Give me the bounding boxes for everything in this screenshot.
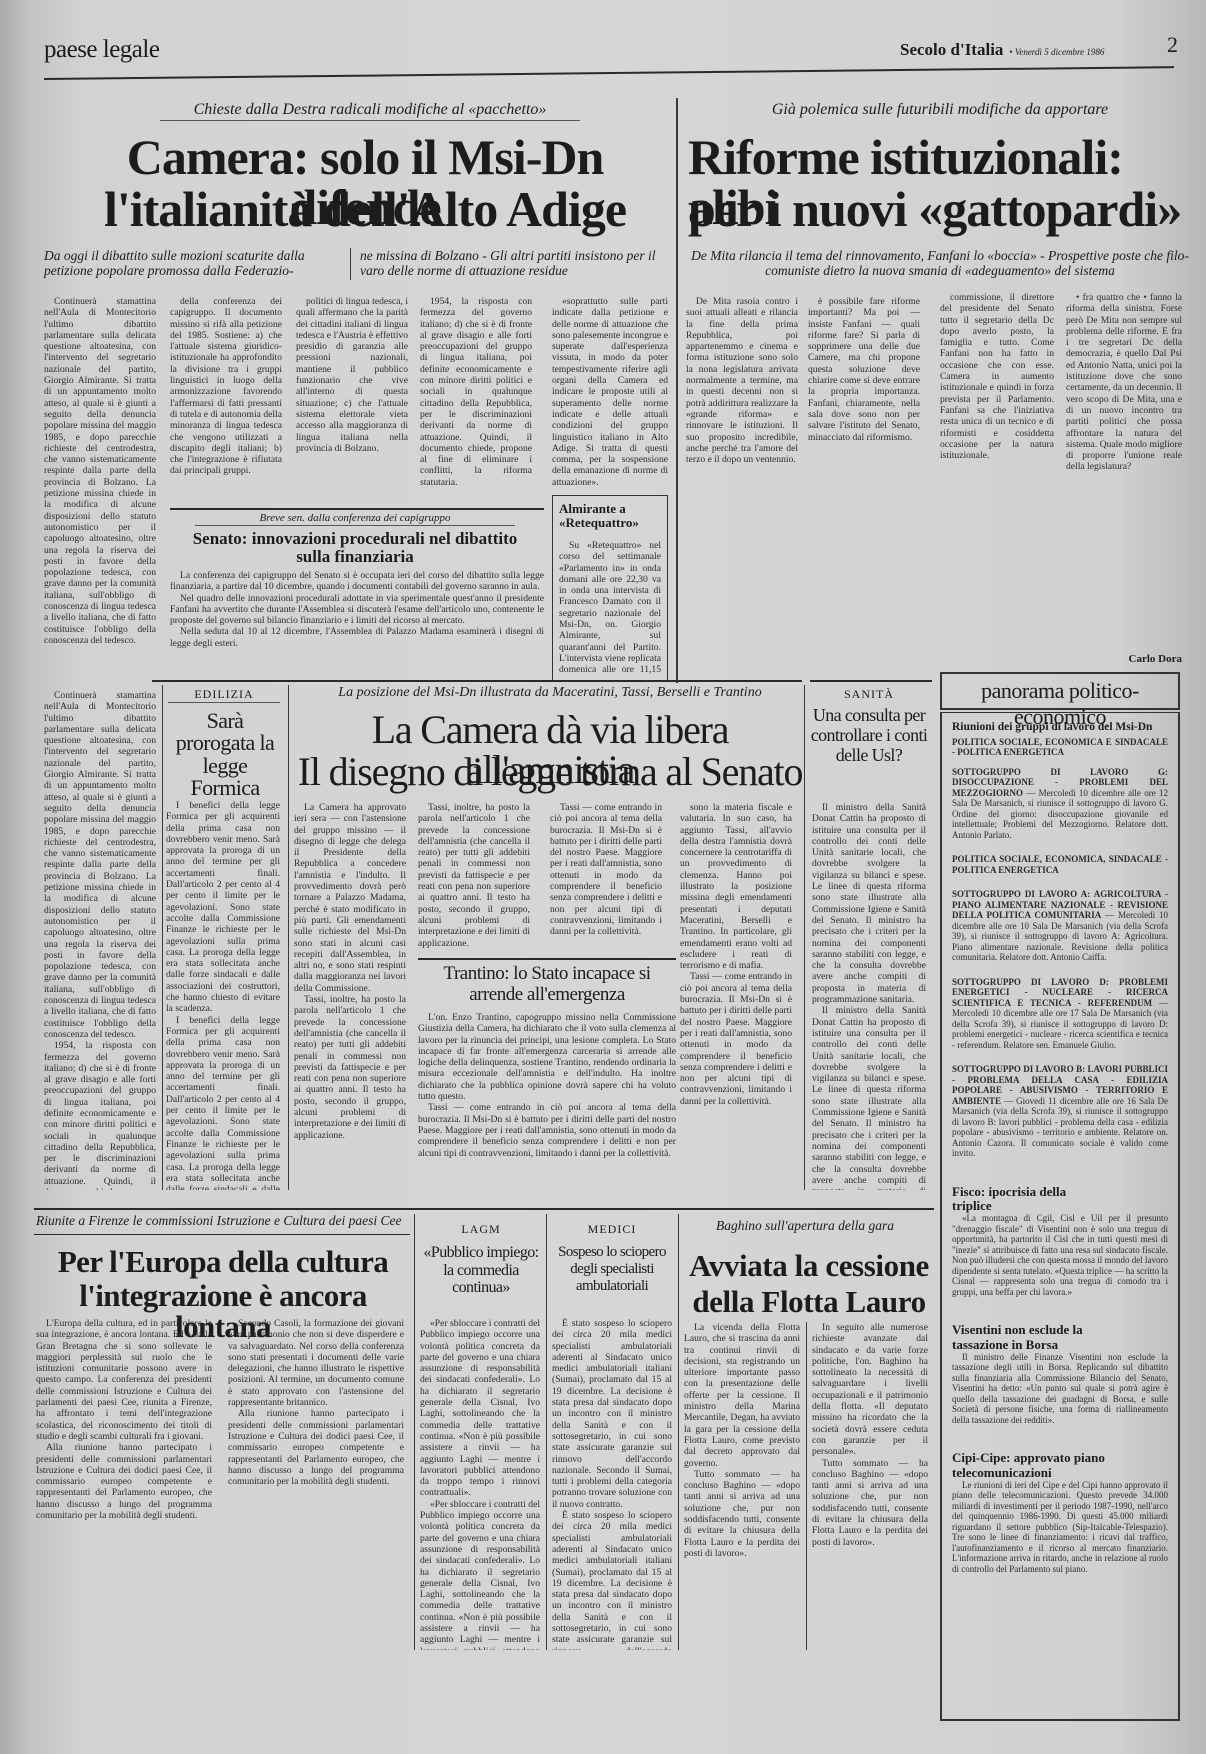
bottom-band-rule [34, 1208, 934, 1210]
riforme-byline: Carlo Dora [1100, 653, 1182, 665]
cipi-body: Le riunioni di ieri del Cipe e del Cipi … [952, 1480, 1168, 1575]
amnistia-col-4: sono la materia fiscale e valutaria. In … [680, 802, 792, 1190]
europa-col-2: Secondo Casoli, la formazione dei giovan… [228, 1318, 404, 1650]
paragraph: è possibile fare riforme importanti? Ma … [808, 296, 920, 443]
amnistia-col-2: Tassi, inoltre, ha posto la parola nell'… [418, 802, 530, 954]
alto-adige-headline-2: l'italianità dell'Alto Adige [50, 184, 680, 234]
paragraph: In seguito alle numerose richieste avanz… [812, 1322, 928, 1458]
panorama-box: Riunioni dei gruppi di lavoro del Msi-Dn… [940, 712, 1180, 1721]
sanita-body: Il ministro della Sanità Donat Cattin ha… [812, 802, 926, 1190]
almirante-box: Almirante a «Retequattro» Su «Retequattr… [552, 495, 668, 681]
paragraph: I benefici della legge Formica per gli a… [166, 1015, 280, 1190]
edilizia-headline: Sarà prorogata la legge Formica [166, 710, 284, 800]
panorama-item: SOTTOGRUPPO DI LAVORO A: AGRICOLTURA - P… [952, 889, 1168, 963]
middle-band-rule [152, 680, 802, 682]
alto-adige-deck-right: ne missina di Bolzano - Gli altri partit… [360, 248, 666, 278]
paragraph: «Per sbloccare i contratti del Pubblico … [420, 1499, 540, 1650]
paragraph: Continuerà stamattina nell'Aula di Monte… [44, 296, 156, 646]
paragraph: Nel quadro delle innovazioni procedurali… [170, 593, 544, 627]
paragraph: commissione, il direttore del presidente… [940, 292, 1054, 461]
fisco-body: «La montagna di Cgil, Cisl e Uil per il … [952, 1213, 1168, 1297]
paragraph: Secondo Casoli, la formazione dei giovan… [228, 1318, 404, 1408]
column-divider [676, 98, 678, 683]
lauro-headline-2: della Flotta Lauro [684, 1286, 934, 1317]
paragraph: Tassi — come entrando in ciò poi ancora … [418, 1102, 676, 1158]
alto-adige-col-3: politici di lingua tedesca, i quali affe… [296, 296, 408, 504]
paper-date: • Venerdì 5 dicembre 1986 [1009, 47, 1104, 57]
lauro-headline-1: Avviata la cessione [684, 1250, 934, 1281]
medici-body: È stato sospeso lo sciopero dei circa 20… [552, 1318, 672, 1650]
lagm-label: LAGM [418, 1222, 544, 1237]
paragraph: La Camera ha approvato ieri sera — con l… [294, 802, 406, 994]
lauro-inner-rule [806, 1322, 807, 1650]
panorama-content: Riunioni dei gruppi di lavoro del Msi-Dn… [942, 713, 1178, 1574]
paragraph: Il ministro della Sanità Donat Cattin ha… [812, 1005, 926, 1190]
sanita-left-rule [804, 685, 805, 1190]
edilizia-left-rule [162, 685, 163, 1190]
lauro-col-1: La vicenda della Flotta Lauro, che si tr… [684, 1322, 800, 1650]
paragraph: De Mita rasoia contro i suoi attuali all… [686, 296, 798, 465]
paragraph: Continuerà stamattina nell'Aula di Monte… [44, 690, 156, 1040]
almirante-box-body: Su «Retequattro» nel corso del settimana… [559, 540, 661, 674]
paragraph: Tutto sommato — ha concluso Baghino — «d… [684, 1469, 800, 1559]
riforme-col-2: è possibile fare riforme importanti? Ma … [808, 296, 920, 668]
senato-body: La conferenza dei capigruppo del Senato … [170, 570, 544, 680]
lauro-kicker: Baghino sull'apertura della gara [690, 1218, 920, 1235]
edilizia-right-rule [288, 685, 289, 1190]
riforme-col-1: De Mita rasoia contro i suoi attuali all… [686, 296, 798, 668]
trantino-top-rule [418, 958, 676, 960]
panorama-title-box: panorama politico-economico [940, 672, 1180, 710]
panorama-item: SOTTOGRUPPO DI LAVORO G: DISOCCUPAZIONE … [952, 767, 1168, 841]
almirante-box-title: Almirante a «Retequattro» [559, 502, 661, 531]
lagm-headline: «Pubblico impiego: la commedia continua» [418, 1244, 544, 1297]
item-head: POLITICA SOCIALE, ECONOMICA E SINDACALE … [952, 737, 1168, 758]
paragraph: Tassi — come entrando in ciò poi ancora … [680, 971, 792, 1107]
panorama-item: POLITICA SOCIALE, ECONOMICA E SINDACALE … [952, 737, 1168, 758]
paragraph: 1954, la risposta con fermezza del gover… [44, 1040, 156, 1190]
paragraph: Tassi, inoltre, ha posto la parola nell'… [294, 994, 406, 1141]
paragraph: politici di lingua tedesca, i quali affe… [296, 296, 408, 454]
paragraph: • fra quattro che • fanno la riforma del… [1066, 292, 1182, 473]
masthead-rule [44, 66, 1174, 80]
riforme-deck: De Mita rilancia il tema del rinnovament… [690, 248, 1190, 278]
medici-label: MEDICI [550, 1222, 674, 1237]
sanita-label: SANITÀ [812, 687, 926, 702]
senato-headline: Senato: innovazioni procedurali nel diba… [190, 530, 520, 567]
paragraph: «soprattutto sulle parti indicate dalla … [552, 296, 668, 488]
paragraph: Tassi, inoltre, ha posto la parola nell'… [418, 802, 530, 949]
edilizia-label: EDILIZIA [168, 687, 280, 703]
paragraph: 1954, la risposta con fermezza del gover… [420, 296, 532, 488]
panorama-item: POLITICA SOCIALE, ECONOMICA, SINDACALE -… [952, 854, 1168, 875]
paragraph: Tassi — come entrando in ciò poi ancora … [550, 802, 662, 938]
sanita-top-rule [810, 680, 932, 682]
sanita-headline: Una consulta per controllare i conti del… [810, 706, 928, 765]
paragraph: Su «Retequattro» nel corso del settimana… [559, 540, 661, 674]
senato-kicker: Breve sen. dalla conferenza dei capigrup… [195, 512, 515, 526]
riforme-col-3: commissione, il direttore del presidente… [940, 292, 1054, 674]
paper-name: Secolo d'Italia [900, 40, 1003, 60]
medici-headline: Sospeso lo sciopero degli specialisti am… [550, 1244, 674, 1294]
visentini-title: Visentini non esclude la tassazione in B… [952, 1323, 1122, 1352]
amnistia-kicker: La posizione del Msi-Dn illustrata da Ma… [300, 685, 800, 702]
amnistia-headline-2: Il disegno di legge torna al Senato [294, 752, 806, 792]
riforme-col-4: • fra quattro che • fanno la riforma del… [1066, 292, 1182, 648]
fisco-title: Fisco: ipocrisia della triplice [952, 1185, 1082, 1214]
paragraph: L'Europa della cultura, ed in particolar… [36, 1318, 212, 1442]
paragraph: Alla riunione hanno partecipato i presid… [228, 1408, 404, 1487]
paragraph: La vicenda della Flotta Lauro, che si tr… [684, 1322, 800, 1469]
deck-divider [350, 248, 351, 280]
visentini-body: Il ministro delle Finanze Visentini non … [952, 1352, 1168, 1426]
riforme-headline-2: per i nuovi «gattopardi» [688, 184, 1198, 234]
cipi-title: Cipi-Cipe: approvato piano telecomunicaz… [952, 1451, 1122, 1480]
newspaper-page: paese legale Secolo d'Italia • Venerdì 5… [0, 0, 1206, 1754]
section-name: paese legale [44, 36, 159, 64]
paragraph: La conferenza dei capigruppo del Senato … [170, 570, 544, 593]
medici-right-rule [678, 1214, 679, 1650]
trantino-body: L'on. Enzo Trantino, capogruppo missino … [418, 1012, 676, 1190]
alto-adige-col-1: Continuerà stamattina nell'Aula di Monte… [44, 296, 156, 684]
amnistia-col-1: La Camera ha approvato ieri sera — con l… [294, 802, 406, 1190]
panorama-item: SOTTOGRUPPO DI LAVORO B: LAVORI PUBBLICI… [952, 1064, 1168, 1159]
alto-adige-col-2: della conferenza dei capigruppo. Il docu… [170, 296, 282, 504]
panorama-item: SOTTOGRUPPO DI LAVORO D: PROBLEMI ENERGE… [952, 977, 1168, 1051]
alto-adige-kicker: Chieste dalla Destra radicali modifiche … [160, 101, 580, 121]
paragraph: della conferenza dei capigruppo. Il docu… [170, 296, 282, 477]
europa-headline-1: Per l'Europa della cultura [30, 1246, 416, 1277]
paragraph: Tutto sommato — ha concluso Baghino — «d… [812, 1458, 928, 1548]
riforme-kicker: Già polemica sulle futuribili modifiche … [735, 101, 1145, 120]
europa-kicker: Riunite a Firenze le commissioni Istruzi… [36, 1213, 406, 1230]
edilizia-body: I benefici della legge Formica per gli a… [166, 800, 280, 1190]
paragraph: I benefici della legge Formica per gli a… [166, 800, 280, 1015]
europa-kicker-rule [34, 1234, 410, 1235]
paragraph: Alla riunione hanno partecipato i presid… [36, 1442, 212, 1521]
europa-right-rule [414, 1214, 415, 1650]
paragraph: È stato sospeso lo sciopero dei circa 20… [552, 1318, 672, 1510]
senato-top-rule [170, 508, 544, 510]
lagm-right-rule [546, 1214, 547, 1650]
amnistia-col-3: Tassi — come entrando in ciò poi ancora … [550, 802, 662, 954]
item-head: SOTTOGRUPPO DI LAVORO D: PROBLEMI ENERGE… [952, 977, 1168, 1008]
paragraph: sono la materia fiscale e valutaria. In … [680, 802, 792, 971]
paragraph: «Per sbloccare i contratti del Pubblico … [420, 1318, 540, 1499]
alto-adige-deck-left: Da oggi il dibattito sulle mozioni scatu… [44, 248, 342, 278]
europa-col-1: L'Europa della cultura, ed in particolar… [36, 1318, 212, 1650]
paragraph: Nella seduta dal 10 al 12 dicembre, l'As… [170, 626, 544, 649]
paragraph: L'on. Enzo Trantino, capogruppo missino … [418, 1012, 676, 1102]
lauro-col-2: In seguito alle numerose richieste avanz… [812, 1322, 928, 1650]
alto-adige-continuation: Continuerà stamattina nell'Aula di Monte… [44, 690, 156, 1190]
item-head: POLITICA SOCIALE, ECONOMICA, SINDACALE -… [952, 854, 1168, 875]
paper-header: Secolo d'Italia • Venerdì 5 dicembre 198… [900, 40, 1104, 60]
riunioni-title: Riunioni dei gruppi di lavoro del Msi-Dn [952, 721, 1168, 734]
page-number: 2 [1167, 32, 1178, 58]
trantino-headline: Trantino: lo Stato incapace si arrende a… [420, 964, 674, 1005]
alto-adige-col-5: «soprattutto sulle parti indicate dalla … [552, 296, 668, 504]
lagm-body: «Per sbloccare i contratti del Pubblico … [420, 1318, 540, 1650]
paragraph: È stato sospeso lo sciopero dei circa 20… [552, 1510, 672, 1650]
paragraph: Il ministro della Sanità Donat Cattin ha… [812, 802, 926, 1005]
